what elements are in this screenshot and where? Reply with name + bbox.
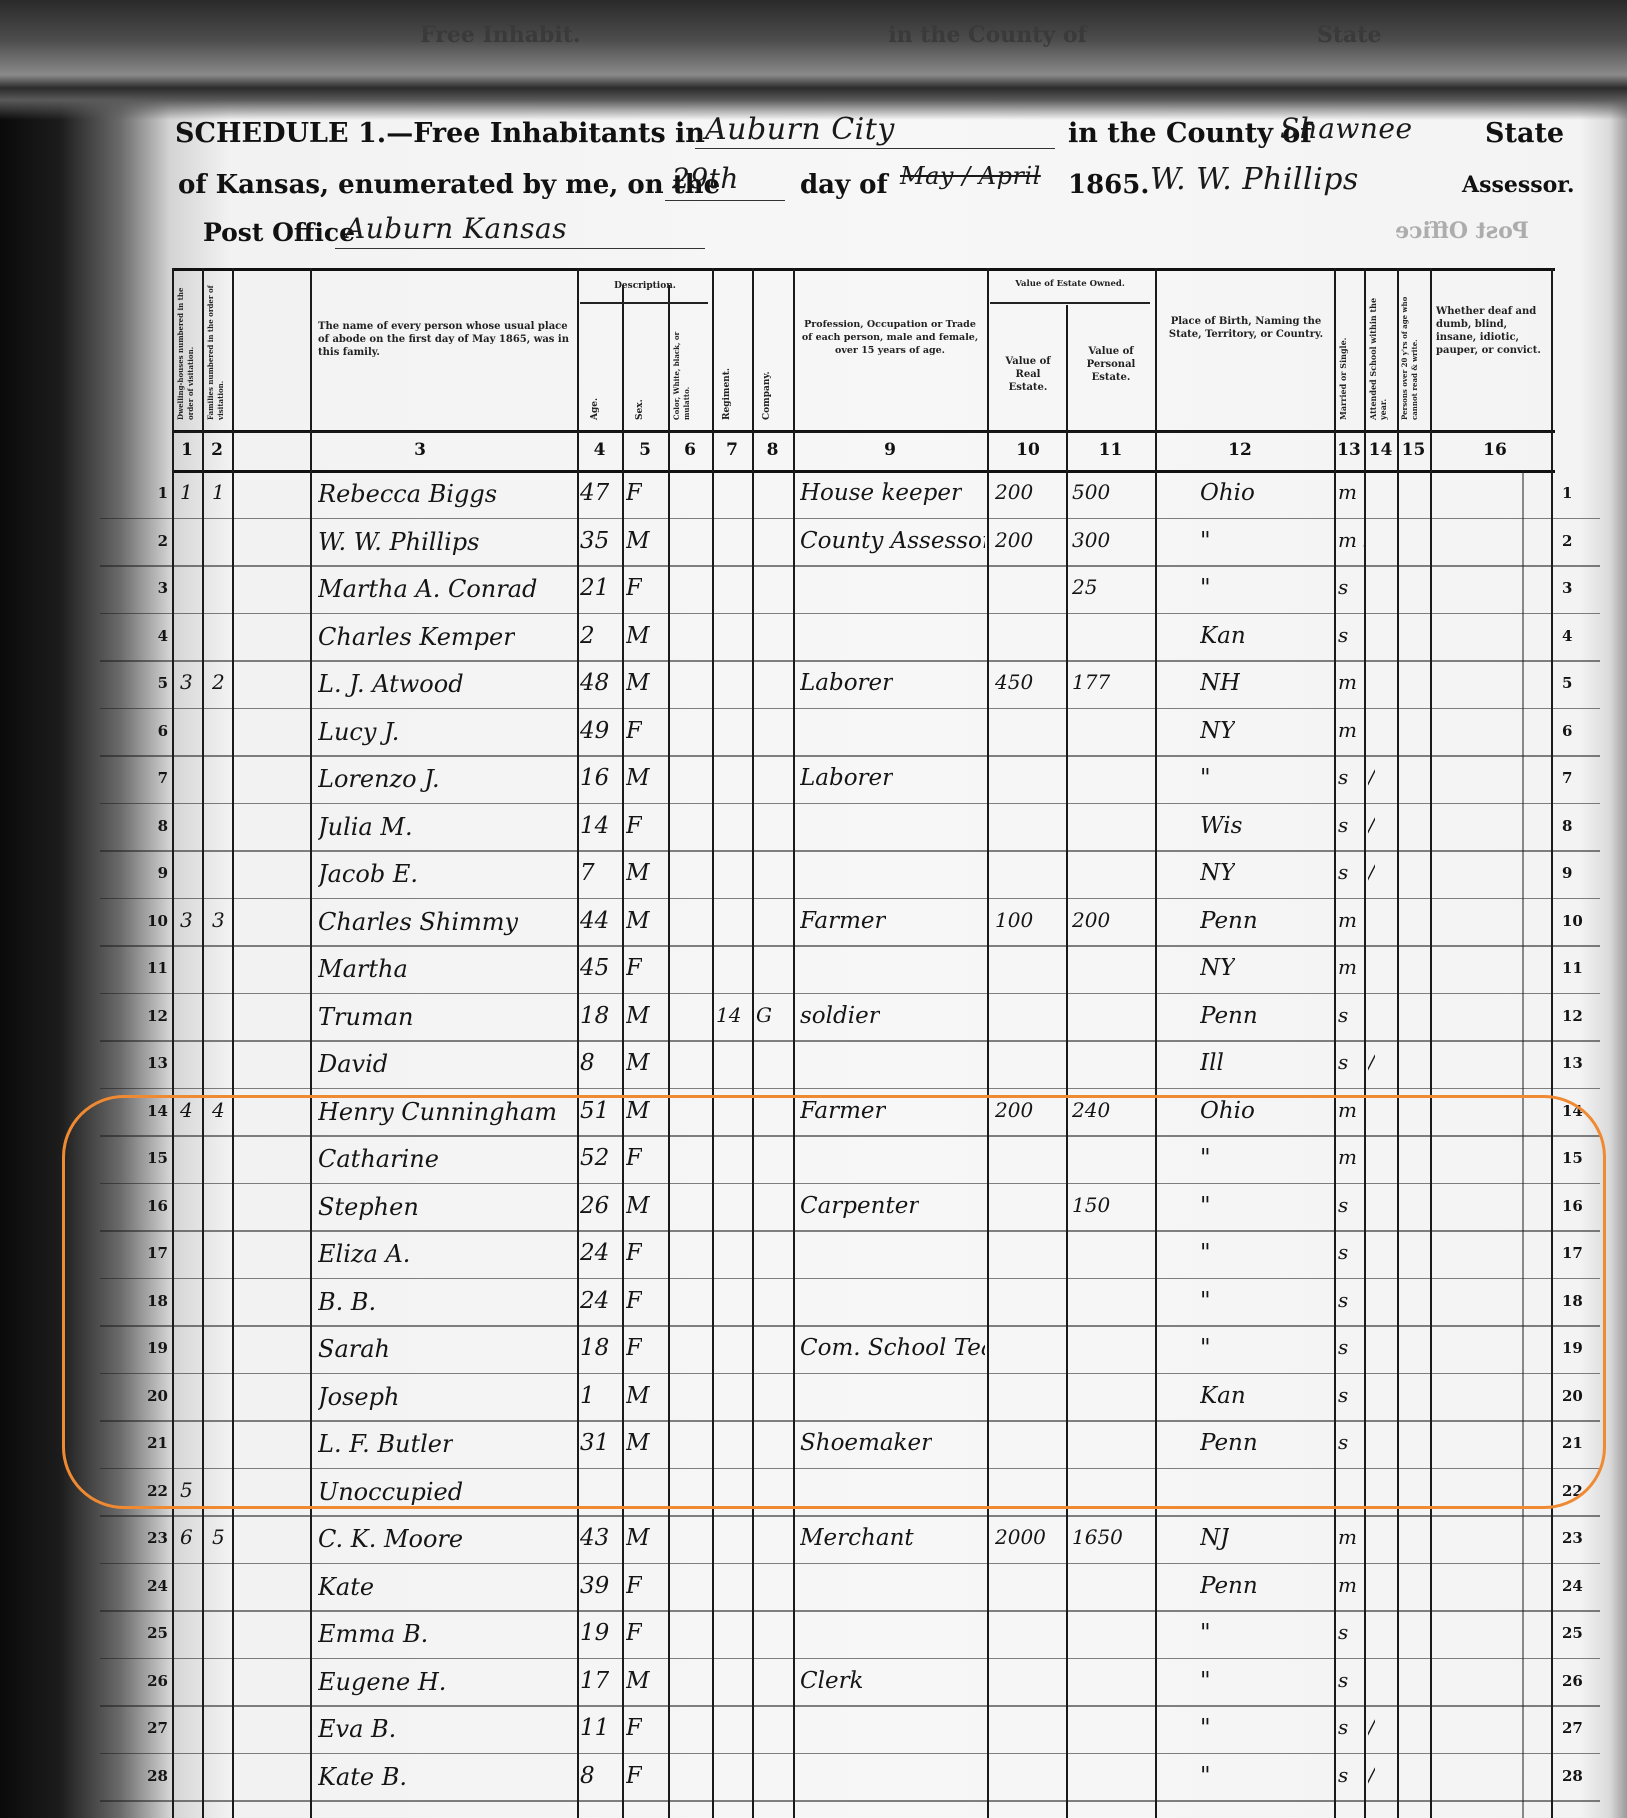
colnum-bottom-border <box>172 470 1555 473</box>
cell-age: 47 <box>580 480 609 506</box>
cell-sex: F <box>626 1763 642 1789</box>
cell-birthplace: Penn <box>1200 908 1258 934</box>
line-number-right: 28 <box>1562 1767 1602 1785</box>
cell-personal-estate: 1650 <box>1072 1525 1123 1549</box>
cell-sex: F <box>626 1620 642 1646</box>
col-line-8-start <box>752 268 754 1818</box>
cell-regiment: 14 <box>716 1003 741 1027</box>
line-number-left: 28 <box>128 1767 168 1785</box>
colnum-5: 5 <box>622 440 668 460</box>
line-number-right: 6 <box>1562 722 1602 740</box>
line-number-left: 11 <box>128 959 168 977</box>
cell-age: 48 <box>580 670 609 696</box>
cell-family: 1 <box>212 480 225 504</box>
cell-birthplace: Penn <box>1200 1003 1258 1029</box>
row-divider <box>100 993 1600 995</box>
cell-dwelling: 3 <box>180 908 193 932</box>
line-number-right: 25 <box>1562 1624 1602 1642</box>
colnum-7: 7 <box>712 440 752 460</box>
cell-name: Eva B. <box>318 1715 396 1743</box>
cell-name: Lucy J. <box>318 718 399 746</box>
cell-occupation: Laborer <box>800 765 893 791</box>
cell-school: / <box>1368 1763 1375 1787</box>
month-handwritten: May / April <box>900 162 1041 190</box>
line-number-right: 23 <box>1562 1529 1602 1547</box>
cell-birthplace: NJ <box>1200 1525 1229 1551</box>
cell-age: 18 <box>580 1003 609 1029</box>
county-label: in the County of <box>1068 118 1312 149</box>
row-divider <box>100 898 1600 900</box>
cell-name: Kate <box>318 1573 374 1601</box>
cell-birthplace: NY <box>1200 860 1235 886</box>
row-divider <box>100 945 1600 947</box>
colnum-8: 8 <box>752 440 793 460</box>
cell-sex: M <box>626 1003 650 1029</box>
line-number-left: 4 <box>128 627 168 645</box>
line-number-left: 7 <box>128 769 168 787</box>
line-number-left: 3 <box>128 579 168 597</box>
cell-married: s <box>1338 1003 1348 1027</box>
cell-birthplace: Penn <box>1200 1573 1258 1599</box>
line-number-right: 10 <box>1562 912 1602 930</box>
line-number-left: 13 <box>128 1054 168 1072</box>
cell-married: s <box>1338 1050 1348 1074</box>
cell-name: Rebecca Biggs <box>318 480 497 508</box>
line-number-left: 8 <box>128 817 168 835</box>
col-line-right <box>1551 268 1553 1818</box>
col-line-10-start <box>987 268 989 1818</box>
cell-personal-estate: 177 <box>1072 670 1110 694</box>
cell-birthplace: Kan <box>1200 623 1246 649</box>
cell-name: Martha <box>318 955 408 983</box>
row-divider <box>100 1563 1600 1565</box>
cell-sex: M <box>626 670 650 696</box>
cell-age: 39 <box>580 1573 609 1599</box>
cell-dwelling: 1 <box>180 480 193 504</box>
line-number-left: 6 <box>128 722 168 740</box>
schedule-label-text: SCHEDULE 1.—Free Inhabitants in <box>175 118 705 149</box>
col-line-3-start <box>310 268 312 1818</box>
colnum-11: 11 <box>1066 440 1155 460</box>
row-divider <box>100 1088 1600 1090</box>
colhead-8: Company. <box>762 350 782 420</box>
row-divider <box>100 660 1600 662</box>
row-divider <box>100 1040 1600 1042</box>
line-number-right: 11 <box>1562 959 1602 977</box>
line-number-left: 2 <box>128 532 168 550</box>
cell-birthplace: Ohio <box>1200 480 1255 506</box>
cell-name: Truman <box>318 1003 413 1031</box>
line-number-right: 13 <box>1562 1054 1602 1072</box>
row-divider <box>100 613 1600 615</box>
cell-birthplace: " <box>1200 1668 1211 1694</box>
cell-married: m <box>1338 908 1357 932</box>
col-line-4-start <box>577 268 579 1818</box>
cell-birthplace: Ill <box>1200 1050 1224 1076</box>
colnum-divider <box>172 431 1555 433</box>
line-number-left: 5 <box>128 674 168 692</box>
colnum-6: 6 <box>668 440 712 460</box>
line-number-right: 24 <box>1562 1577 1602 1595</box>
cell-birthplace: NY <box>1200 718 1235 744</box>
line-number-right: 12 <box>1562 1007 1602 1025</box>
line-number-left: 24 <box>128 1577 168 1595</box>
cell-real-estate: 450 <box>995 670 1033 694</box>
cell-school: / <box>1368 1715 1375 1739</box>
colhead-7: Regiment. <box>722 350 742 420</box>
cell-age: 21 <box>580 575 609 601</box>
row-divider <box>100 565 1600 567</box>
place-underline <box>695 148 1055 149</box>
cell-occupation: soldier <box>800 1003 880 1029</box>
county-handwritten: Shawnee <box>1280 112 1413 145</box>
row-divider <box>100 518 1600 520</box>
cell-age: 8 <box>580 1050 595 1076</box>
cell-family: 3 <box>212 908 225 932</box>
day-of-label: day of <box>800 170 888 200</box>
col-line-12-start <box>1155 268 1157 1818</box>
colhead-11: Value of Personal Estate. <box>1072 345 1150 384</box>
cell-sex: M <box>626 1668 650 1694</box>
cell-personal-estate: 500 <box>1072 480 1110 504</box>
assessor-label: Assessor. <box>1462 172 1575 198</box>
day-handwritten: 29th <box>672 162 739 195</box>
colnum-13: 13 <box>1334 440 1364 460</box>
col-line-16-start <box>1430 268 1432 1818</box>
cell-sex: F <box>626 575 642 601</box>
line-number-right: 5 <box>1562 674 1602 692</box>
line-number-right: 4 <box>1562 627 1602 645</box>
cell-married: s <box>1338 623 1348 647</box>
cell-age: 16 <box>580 765 609 791</box>
cell-birthplace: " <box>1200 528 1211 554</box>
col-line-13-start <box>1334 268 1336 1818</box>
cell-married: s <box>1338 1715 1348 1739</box>
colnum-14: 14 <box>1364 440 1397 460</box>
cell-birthplace: " <box>1200 1620 1211 1646</box>
cell-school: / <box>1368 813 1375 837</box>
colhead-10: Value of Real Estate. <box>995 355 1061 394</box>
cell-real-estate: 200 <box>995 528 1033 552</box>
colnum-4: 4 <box>577 440 622 460</box>
cell-married: m <box>1338 718 1357 742</box>
group-estate-label: Value of Estate Owned. <box>990 278 1150 291</box>
line-number-right: 26 <box>1562 1672 1602 1690</box>
colhead-6: Color, White, black, or mulatto. <box>672 305 708 420</box>
prior-page-header-text: Free Inhabit. in the County ofState <box>420 22 1381 48</box>
cell-sex: F <box>626 1573 642 1599</box>
colhead-4: Age. <box>590 370 610 420</box>
cell-age: 14 <box>580 813 609 839</box>
cell-birthplace: " <box>1200 765 1211 791</box>
row-divider <box>100 1705 1600 1707</box>
col-line-2-3 <box>232 268 234 1818</box>
cell-sex: M <box>626 528 650 554</box>
cell-name: Lorenzo J. <box>318 765 440 793</box>
row-divider <box>100 1610 1600 1612</box>
cell-age: 11 <box>580 1715 609 1741</box>
cell-name: L. J. Atwood <box>318 670 464 698</box>
colhead-16: Whether deaf and dumb, blind, insane, id… <box>1436 305 1548 357</box>
prior-page-fold-shadow <box>0 0 1627 120</box>
cell-age: 2 <box>580 623 595 649</box>
cell-married: s <box>1338 1620 1348 1644</box>
cell-age: 7 <box>580 860 595 886</box>
line-number-left: 25 <box>128 1624 168 1642</box>
cell-age: 45 <box>580 955 609 981</box>
cell-name: C. K. Moore <box>318 1525 463 1553</box>
line-number-left: 27 <box>128 1719 168 1737</box>
colhead-2: Families numbered in the order of visita… <box>206 280 230 420</box>
cell-name: David <box>318 1050 388 1078</box>
colnum-2: 2 <box>202 440 232 460</box>
col-line-14-start <box>1364 268 1366 1818</box>
cell-real-estate: 100 <box>995 908 1033 932</box>
col-line-9-start <box>793 268 795 1818</box>
cell-age: 8 <box>580 1763 595 1789</box>
cell-personal-estate: 200 <box>1072 908 1110 932</box>
colnum-15: 15 <box>1397 440 1430 460</box>
cell-married: m <box>1338 955 1357 979</box>
cell-birthplace: NY <box>1200 955 1235 981</box>
col-line-5-start <box>622 285 624 1818</box>
cell-occupation: Clerk <box>800 1668 864 1694</box>
line-number-right: 2 <box>1562 532 1602 550</box>
cell-occupation: Farmer <box>800 908 886 934</box>
line-number-right: 3 <box>1562 579 1602 597</box>
cell-married: m s <box>1338 528 1364 552</box>
cell-dwelling: 3 <box>180 670 193 694</box>
group-description-label: Description. <box>585 280 705 293</box>
cell-real-estate: 2000 <box>995 1525 1046 1549</box>
cell-occupation: Laborer <box>800 670 893 696</box>
line-number-left: 23 <box>128 1529 168 1547</box>
cell-school: / <box>1368 765 1375 789</box>
cell-personal-estate: 25 <box>1072 575 1097 599</box>
colnum-3: 3 <box>400 440 440 460</box>
cell-school: / <box>1368 860 1375 884</box>
cell-age: 19 <box>580 1620 609 1646</box>
cell-birthplace: " <box>1200 1715 1211 1741</box>
cell-married: m <box>1338 1525 1357 1549</box>
day-underline <box>665 200 785 201</box>
post-office-handwritten: Auburn Kansas <box>345 212 567 245</box>
colhead-3: The name of every person whose usual pla… <box>318 320 573 359</box>
cell-sex: F <box>626 480 642 506</box>
cell-age: 49 <box>580 718 609 744</box>
col-line-11-start <box>1066 305 1068 1818</box>
cell-school: / <box>1368 1050 1375 1074</box>
line-number-left: 10 <box>128 912 168 930</box>
cell-sex: F <box>626 813 642 839</box>
line-number-right: 27 <box>1562 1719 1602 1737</box>
cell-dwelling: 6 <box>180 1525 193 1549</box>
cell-birthplace: Wis <box>1200 813 1242 839</box>
cell-sex: F <box>626 955 642 981</box>
cell-sex: F <box>626 1715 642 1741</box>
cell-age: 17 <box>580 1668 609 1694</box>
row-divider <box>100 803 1600 805</box>
colhead-1: Dwelling-houses numbered in the order of… <box>176 280 200 420</box>
census-page-scan: Free Inhabit. in the County ofState SCHE… <box>0 0 1627 1818</box>
line-number-right: 1 <box>1562 484 1602 502</box>
colnum-16: 16 <box>1470 440 1520 460</box>
cell-married: s <box>1338 813 1348 837</box>
col-line-1-2 <box>202 268 204 1818</box>
row-divider <box>100 850 1600 852</box>
row-divider <box>100 1658 1600 1660</box>
cell-married: m <box>1338 670 1357 694</box>
cell-married: m <box>1338 480 1357 504</box>
row-divider <box>100 708 1600 710</box>
cell-birthplace: NH <box>1200 670 1240 696</box>
line-number-left: 1 <box>128 484 168 502</box>
row-divider <box>100 755 1600 757</box>
cell-sex: M <box>626 908 650 934</box>
cell-name: Jacob E. <box>318 860 418 888</box>
cell-married: s <box>1338 765 1348 789</box>
cell-married: s <box>1338 575 1348 599</box>
line-number-right: 9 <box>1562 864 1602 882</box>
cell-name: Eugene H. <box>318 1668 446 1696</box>
post-office-bleedthrough: Post Office <box>1395 218 1529 244</box>
post-office-label: Post Office <box>203 218 355 247</box>
colhead-14: Attended School within the year. <box>1368 285 1394 420</box>
cell-name: Julia M. <box>318 813 413 841</box>
description-group-underline <box>580 302 708 304</box>
cell-name: Emma B. <box>318 1620 428 1648</box>
cell-sex: M <box>626 1050 650 1076</box>
cell-sex: M <box>626 1525 650 1551</box>
line-number-left: 12 <box>128 1007 168 1025</box>
cell-occupation: Merchant <box>800 1525 914 1551</box>
cell-age: 35 <box>580 528 609 554</box>
cell-married: s <box>1338 1668 1348 1692</box>
cell-name: Martha A. Conrad <box>318 575 537 603</box>
cell-married: m <box>1338 1573 1357 1597</box>
row-divider <box>100 1753 1600 1755</box>
colnum-9: 9 <box>860 440 920 460</box>
colhead-5: Sex. <box>635 370 655 420</box>
cell-age: 44 <box>580 908 609 934</box>
cell-real-estate: 200 <box>995 480 1033 504</box>
colhead-13: Married or Single. <box>1338 285 1362 420</box>
col-line-7-start <box>712 268 714 1818</box>
cell-company: G <box>756 1003 772 1027</box>
cell-married: s <box>1338 860 1348 884</box>
line-number-right: 7 <box>1562 769 1602 787</box>
cell-name: Charles Kemper <box>318 623 515 651</box>
col-line-15-start <box>1397 268 1399 1818</box>
estate-group-underline <box>990 302 1150 304</box>
row-divider <box>100 1515 1600 1517</box>
cell-birthplace: " <box>1200 1763 1211 1789</box>
household-highlight-annotation <box>62 1095 1606 1509</box>
cell-occupation: House keeper <box>800 480 962 506</box>
cell-occupation: County Assessor <box>800 528 985 554</box>
cell-sex: F <box>626 718 642 744</box>
schedule-label: SCHEDULE 1.—Free Inhabitants in <box>175 118 705 149</box>
colhead-12: Place of Birth, Naming the State, Territ… <box>1162 315 1330 341</box>
colhead-9: Profession, Occupation or Trade of each … <box>800 318 980 357</box>
cell-family: 2 <box>212 670 225 694</box>
cell-married: s <box>1338 1763 1348 1787</box>
cell-name: Kate B. <box>318 1763 407 1791</box>
cell-personal-estate: 300 <box>1072 528 1110 552</box>
row-divider <box>100 1800 1600 1802</box>
colhead-15: Persons over 20 y'rs of age who cannot r… <box>1400 272 1428 420</box>
cell-sex: M <box>626 765 650 791</box>
cell-name: Charles Shimmy <box>318 908 518 936</box>
colnum-1: 1 <box>172 440 202 460</box>
col-line-left <box>172 268 174 1818</box>
post-office-underline <box>335 248 705 249</box>
line-number-left: 9 <box>128 864 168 882</box>
colnum-12: 12 <box>1210 440 1270 460</box>
col-line-6-start <box>668 285 670 1818</box>
line-number-left: 26 <box>128 1672 168 1690</box>
year-printed: 1865. <box>1068 170 1149 200</box>
cell-name: W. W. Phillips <box>318 528 479 556</box>
cell-family: 5 <box>212 1525 225 1549</box>
state-label: State <box>1485 118 1564 149</box>
line-number-right: 8 <box>1562 817 1602 835</box>
state-line-prefix: of Kansas, enumerated by me, on the <box>178 170 720 200</box>
place-handwritten: Auburn City <box>705 112 895 147</box>
cell-age: 43 <box>580 1525 609 1551</box>
colnum-10: 10 <box>990 440 1066 460</box>
table-top-border <box>172 268 1555 271</box>
cell-birthplace: " <box>1200 575 1211 601</box>
cell-sex: M <box>626 623 650 649</box>
cell-sex: M <box>626 860 650 886</box>
assessor-handwritten: W. W. Phillips <box>1150 162 1359 197</box>
